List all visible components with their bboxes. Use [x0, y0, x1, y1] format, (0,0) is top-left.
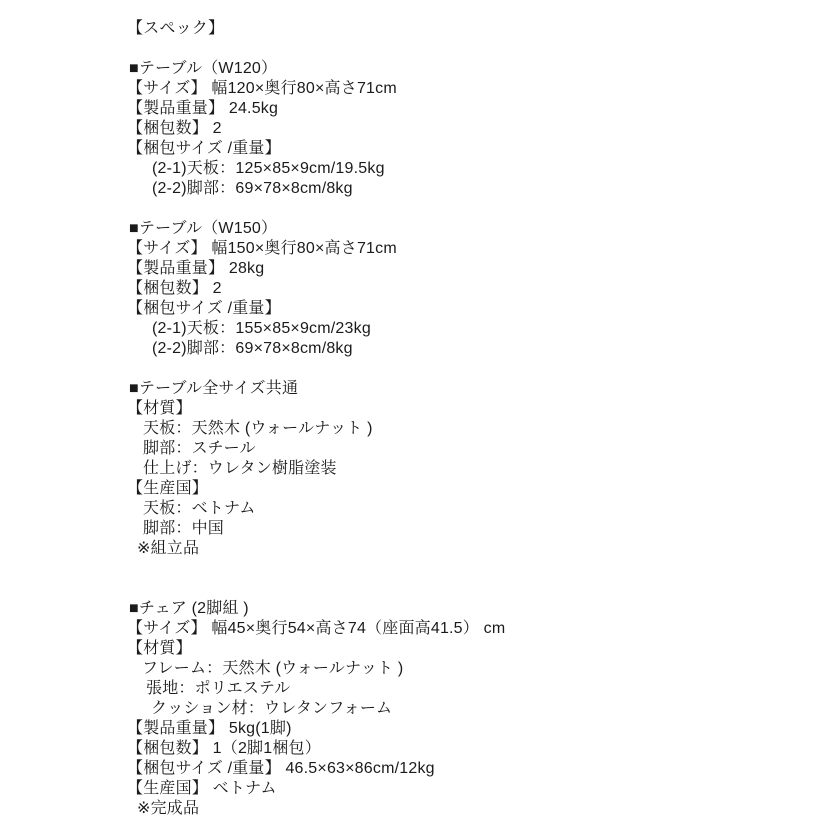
- spec-line-package-top: (2-1)天板：155×85×9cm/23kg: [127, 319, 505, 339]
- spec-line-material-upholstery: 張地：ポリエステル: [127, 679, 505, 699]
- spec-line-package-legs: (2-2)脚部：69×78×8cm/8kg: [127, 179, 505, 199]
- spec-line-size: 【サイズ】 幅150×奥行80×高さ71cm: [127, 239, 505, 259]
- spec-line-origin-top: 天板：ベトナム: [127, 499, 505, 519]
- spec-line-weight: 【製品重量】 5kg(1脚): [127, 719, 505, 739]
- section-table-w150: ■テーブル（W150） 【サイズ】 幅150×奥行80×高さ71cm 【製品重量…: [127, 219, 505, 359]
- section-heading-table-common: ■テーブル全サイズ共通: [127, 379, 505, 399]
- spec-line-origin-label: 【生産国】: [127, 479, 505, 499]
- section-heading-chair: ■チェア (2脚組 ): [127, 599, 505, 619]
- spec-line-package-count: 【梱包数】 2: [127, 279, 505, 299]
- spec-line-package-top: (2-1)天板：125×85×9cm/19.5kg: [127, 159, 505, 179]
- spec-line-weight: 【製品重量】 28kg: [127, 259, 505, 279]
- spec-line-material-finish: 仕上げ：ウレタン樹脂塗装: [127, 459, 505, 479]
- spec-line-size: 【サイズ】 幅120×奥行80×高さ71cm: [127, 79, 505, 99]
- spec-line-material-label: 【材質】: [127, 639, 505, 659]
- spec-line-package-count: 【梱包数】 2: [127, 119, 505, 139]
- spec-line-package-size-label: 【梱包サイズ /重量】: [127, 139, 505, 159]
- spec-line-package-legs: (2-2)脚部：69×78×8cm/8kg: [127, 339, 505, 359]
- section-table-common: ■テーブル全サイズ共通 【材質】 天板：天然木 (ウォールナット ) 脚部：スチ…: [127, 379, 505, 559]
- section-heading-table-w150: ■テーブル（W150）: [127, 219, 505, 239]
- spec-line-material-frame: フレーム：天然木 (ウォールナット ): [127, 659, 505, 679]
- spec-line-package-count: 【梱包数】 1（2脚1梱包）: [127, 739, 505, 759]
- spec-line-size: 【サイズ】 幅45×奥行54×高さ74（座面高41.5） cm: [127, 619, 505, 639]
- spec-line-package-size: 【梱包サイズ /重量】 46.5×63×86cm/12kg: [127, 759, 505, 779]
- section-heading-table-w120: ■テーブル（W120）: [127, 59, 505, 79]
- spec-line-material-cushion: クッション材：ウレタンフォーム: [127, 699, 505, 719]
- spec-line-package-size-label: 【梱包サイズ /重量】: [127, 299, 505, 319]
- spec-line-finished-note: ※完成品: [127, 799, 505, 819]
- spec-line-material-label: 【材質】: [127, 399, 505, 419]
- section-chair: ■チェア (2脚組 ) 【サイズ】 幅45×奥行54×高さ74（座面高41.5）…: [127, 599, 505, 819]
- section-table-w120: ■テーブル（W120） 【サイズ】 幅120×奥行80×高さ71cm 【製品重量…: [127, 59, 505, 199]
- spec-sheet: 【スペック】 ■テーブル（W120） 【サイズ】 幅120×奥行80×高さ71c…: [127, 19, 505, 819]
- spec-line-material-top: 天板：天然木 (ウォールナット ): [127, 419, 505, 439]
- spec-line-weight: 【製品重量】 24.5kg: [127, 99, 505, 119]
- spec-line-material-legs: 脚部：スチール: [127, 439, 505, 459]
- page-title: 【スペック】: [127, 19, 505, 39]
- spec-line-origin: 【生産国】 ベトナム: [127, 779, 505, 799]
- spec-line-assembly-note: ※組立品: [127, 539, 505, 559]
- spec-line-origin-legs: 脚部：中国: [127, 519, 505, 539]
